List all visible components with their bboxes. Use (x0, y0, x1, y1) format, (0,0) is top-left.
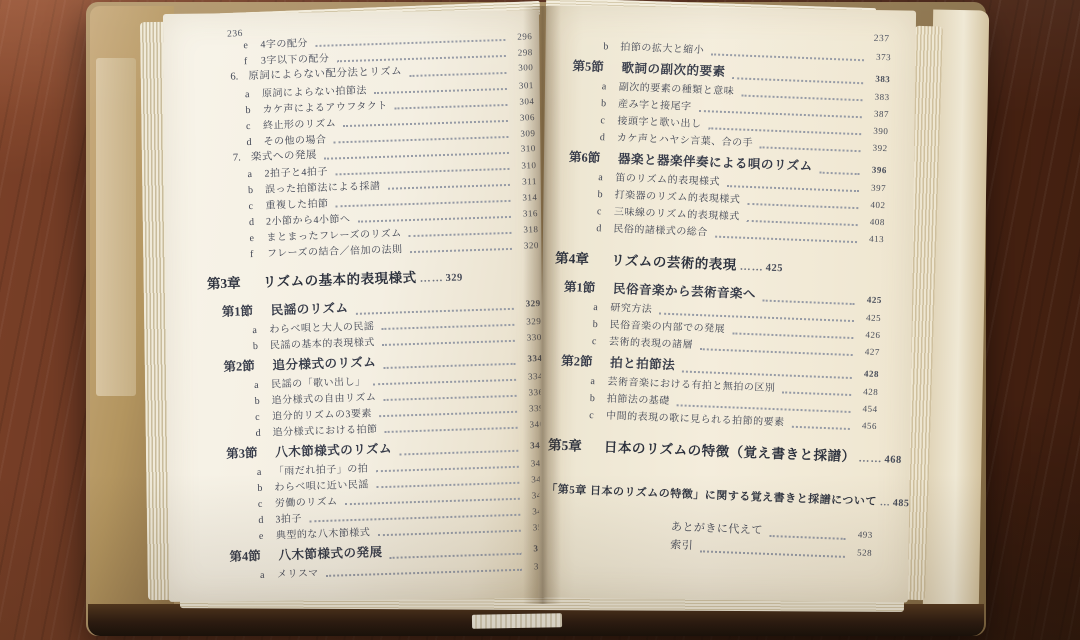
entry-page: 425 (765, 263, 783, 275)
entry-page: 402 (863, 199, 885, 210)
dot-leader (700, 348, 853, 356)
dot-leader (760, 146, 861, 152)
entry-prefix: c (597, 206, 614, 218)
entry-page: 316 (516, 208, 538, 219)
entry-prefix: 第2節 (223, 356, 264, 375)
entry-page: 306 (513, 112, 535, 123)
entry-prefix: d (596, 223, 613, 235)
entry-prefix: 第1節 (221, 301, 262, 320)
entry-prefix: b (601, 98, 618, 110)
entry-page: 426 (858, 329, 880, 340)
entry-page: 468 (884, 454, 902, 466)
entry-title: 「第5章 日本のリズムの特徴」に関する覚え書きと採譜について (546, 480, 877, 509)
entry-title: 2拍子と4拍子 (264, 163, 328, 180)
entry-page: 304 (512, 96, 534, 107)
toc-entry: 第5章 日本のリズムの特徴（覚え書きと採譜） …… 468 (548, 433, 877, 468)
entry-prefix: 6. (230, 71, 248, 83)
entry-page: 396 (865, 164, 887, 175)
dot-leader (409, 71, 506, 76)
entry-prefix: c (258, 498, 275, 510)
entry-prefix: c (248, 201, 265, 213)
entry-prefix: a (593, 302, 610, 314)
entry-title: 3字以下の配分 (261, 50, 330, 67)
entry-title: 日本のリズムの特徴（覚え書きと採譜） (604, 436, 856, 466)
toc-entry: 第4章 リズムの芸術的表現 …… 425 (555, 247, 884, 282)
entry-page: 314 (515, 192, 537, 203)
dot-leader (711, 53, 864, 61)
entry-page: 397 (864, 182, 886, 193)
dust-jacket-flap (96, 58, 136, 396)
dot-leader (819, 172, 859, 176)
dot-leader (715, 236, 857, 243)
entry-page: 296 (510, 31, 532, 42)
entry-title: 楽式への発展 (251, 146, 317, 163)
entry-prefix: e (259, 530, 276, 542)
entry-title: 終止形のリズム (263, 114, 337, 131)
entry-title: 研究方法 (610, 299, 653, 316)
entry-prefix: b (590, 393, 607, 405)
entry-prefix: a (590, 376, 607, 388)
entry-page: 408 (863, 216, 885, 227)
entry-prefix: b (248, 185, 265, 197)
entry-page: 329 (445, 272, 463, 284)
dot-leader (770, 535, 846, 540)
dot-leader (782, 391, 851, 396)
entry-title: 八木節様式の発展 (278, 542, 383, 563)
entry-prefix: 第5節 (572, 56, 613, 76)
dot-leader (700, 550, 845, 558)
right-page-number: 237 (874, 34, 890, 45)
entry-prefix: b (253, 341, 270, 353)
entry-title: 歌詞の副次的要素 (621, 58, 726, 80)
entry-prefix: c (600, 115, 617, 127)
photo-scene: 236 e 4字の配分 296 f 3字以下の配分 298 6. 原詞によらない… (0, 0, 1080, 640)
entry-page: 390 (866, 125, 888, 136)
entry-prefix: b (592, 319, 609, 331)
entry-prefix: a (247, 169, 264, 181)
entry-page: 413 (862, 233, 884, 244)
entry-prefix: c (255, 412, 272, 424)
entry-title: 民謡の基本的表現様式 (270, 333, 375, 351)
entry-page: 300 (511, 62, 533, 73)
entry-title: 拍節の拡大と縮小 (620, 38, 705, 56)
inline-dots: …… (858, 452, 882, 465)
entry-prefix: f (250, 249, 267, 261)
entry-page: 456 (855, 420, 877, 431)
entry-title: 労働のリズム (275, 492, 338, 509)
entry-prefix: 第4章 (555, 247, 602, 269)
inline-dots: …… (419, 272, 443, 285)
entry-prefix: d (255, 427, 272, 439)
entry-page: 373 (869, 51, 891, 62)
left-page: 236 e 4字の配分 296 f 3字以下の配分 298 6. 原詞によらない… (163, 10, 545, 602)
entry-prefix: 第3節 (226, 443, 267, 462)
entry-title: 追分的リズムの3要素 (272, 404, 372, 422)
entry-page: 493 (851, 529, 873, 540)
entry-prefix: b (597, 189, 614, 201)
entry-prefix: 第3章 (207, 271, 254, 292)
entry-page: 334 (521, 371, 543, 382)
entry-title: 索引 (670, 536, 694, 553)
entry-page: 301 (512, 80, 534, 91)
entry-page: 311 (515, 176, 537, 187)
entry-page: 392 (865, 142, 887, 153)
entry-title: その他の場合 (263, 130, 326, 147)
entry-prefix: 第4節 (229, 546, 270, 565)
entry-prefix: e (243, 40, 260, 52)
entry-prefix: b (245, 104, 262, 116)
entry-prefix: d (600, 132, 617, 144)
entry-title: 副次的要素の種類と意味 (619, 78, 735, 97)
entry-title: 2小節から4小節へ (266, 210, 351, 228)
entry-page: 427 (858, 346, 880, 357)
entry-title: 3拍子 (275, 510, 302, 526)
entry-title: 民謡の「歌い出し」 (271, 373, 366, 391)
entry-title: あとがきに代えて (671, 518, 764, 538)
entry-page: 454 (855, 403, 877, 414)
entry-prefix: b (603, 41, 620, 53)
entry-title: 民俗音楽の内部での発展 (609, 316, 725, 335)
entry-page: 425 (860, 294, 882, 305)
entry-prefix: a (252, 325, 269, 337)
toc-entry: 第3章 リズムの基本的表現様式 …… 329 (207, 262, 541, 294)
inline-dots: … (880, 497, 891, 508)
entry-page: 309 (513, 128, 535, 139)
entry-prefix: 第6節 (569, 147, 610, 167)
entry-page: 334 (520, 353, 542, 364)
entry-prefix: a (260, 569, 277, 581)
entry-prefix: 第5章 (548, 433, 595, 455)
entry-prefix: a (254, 380, 271, 392)
entry-page: 383 (867, 91, 889, 102)
entry-title: フレーズの結合／倍加の法則 (267, 240, 403, 259)
entry-title: 拍節法の基礎 (607, 390, 671, 407)
dot-leader (409, 232, 512, 237)
entry-prefix: f (244, 56, 261, 68)
entry-page: 329 (519, 298, 541, 309)
entry-title: 民俗的諸様式の総合 (613, 220, 708, 239)
entry-prefix: a (602, 81, 619, 93)
entry-page: 428 (856, 386, 878, 397)
right-toc-column: b 拍節の拡大と縮小 373 第5節 歌詞の副次的要素 383 a 副次的要素の… (542, 36, 891, 602)
left-toc-column: e 4字の配分 296 f 3字以下の配分 298 6. 原詞によらない配分法と… (199, 27, 549, 591)
entry-title: 典型的な八木節様式 (276, 523, 371, 541)
dot-leader (410, 248, 512, 253)
entry-page: 428 (857, 368, 879, 379)
entry-page: 298 (511, 47, 533, 58)
entry-prefix: d (258, 514, 275, 526)
entry-page: 329 (519, 316, 541, 327)
entry-page: 383 (868, 73, 890, 84)
entry-title: 笛のリズム的表現様式 (615, 169, 720, 188)
entry-title: 接頭字と歌い出し (617, 112, 702, 130)
entry-page: 387 (867, 108, 889, 119)
page-edge-highlight (472, 613, 562, 629)
entry-title: 産み字と接尾字 (618, 95, 692, 113)
entry-prefix: 第2節 (561, 351, 602, 371)
entry-title: 4字の配分 (260, 34, 308, 50)
entry-prefix: 7. (233, 152, 251, 164)
entry-title: メリスマ (277, 564, 319, 580)
entry-prefix: c (589, 410, 606, 422)
dot-leader (377, 530, 520, 537)
entry-prefix: d (249, 217, 266, 229)
entry-prefix: e (249, 233, 266, 245)
entry-prefix: b (257, 482, 274, 494)
entry-prefix: b (254, 396, 271, 408)
entry-page: 528 (850, 547, 872, 558)
entry-title: 重複した拍節 (265, 195, 328, 212)
dot-leader (326, 569, 522, 577)
entry-prefix: c (592, 336, 609, 348)
dot-leader (791, 426, 850, 430)
entry-prefix: a (245, 88, 262, 100)
entry-page: 310 (514, 160, 536, 171)
entry-title: 追分様式のリズム (272, 352, 376, 373)
inline-dots: …… (739, 261, 763, 274)
dot-leader (382, 340, 515, 346)
entry-page: 318 (516, 224, 538, 235)
entry-title: 芸術的表現の諸層 (609, 333, 694, 351)
entry-title: 八木節様式のリズム (275, 439, 392, 461)
entry-page: 330 (520, 332, 542, 343)
entry-prefix: d (246, 136, 263, 148)
entry-prefix: a (598, 172, 615, 184)
right-page: 237 b 拍節の拡大と縮小 373 第5節 歌詞の副次的要素 383 a 副次… (538, 5, 916, 602)
toc-entry: 「第5章 日本のリズムの特徴」に関する覚え書きと採譜について … 485 (546, 480, 874, 512)
dot-leader (385, 427, 518, 433)
entry-title: 民謡のリズム (270, 298, 348, 318)
entry-prefix: c (246, 120, 263, 132)
entry-title: リズムの基本的表現様式 (263, 266, 417, 291)
entry-prefix: 第1節 (564, 277, 605, 297)
entry-title: 追分様式における拍節 (272, 420, 377, 438)
entry-page: 320 (517, 240, 539, 251)
entry-title: 拍と拍節法 (610, 353, 676, 373)
entry-title: わらべ唄に近い民謡 (274, 476, 369, 494)
entry-title: リズムの芸術的表現 (611, 249, 737, 274)
entry-prefix: a (257, 466, 274, 478)
entry-title: 「雨だれ拍子」の拍 (274, 460, 369, 478)
entry-page: 425 (859, 312, 881, 323)
entry-page: 485 (893, 498, 910, 510)
entry-page: 310 (514, 143, 536, 154)
